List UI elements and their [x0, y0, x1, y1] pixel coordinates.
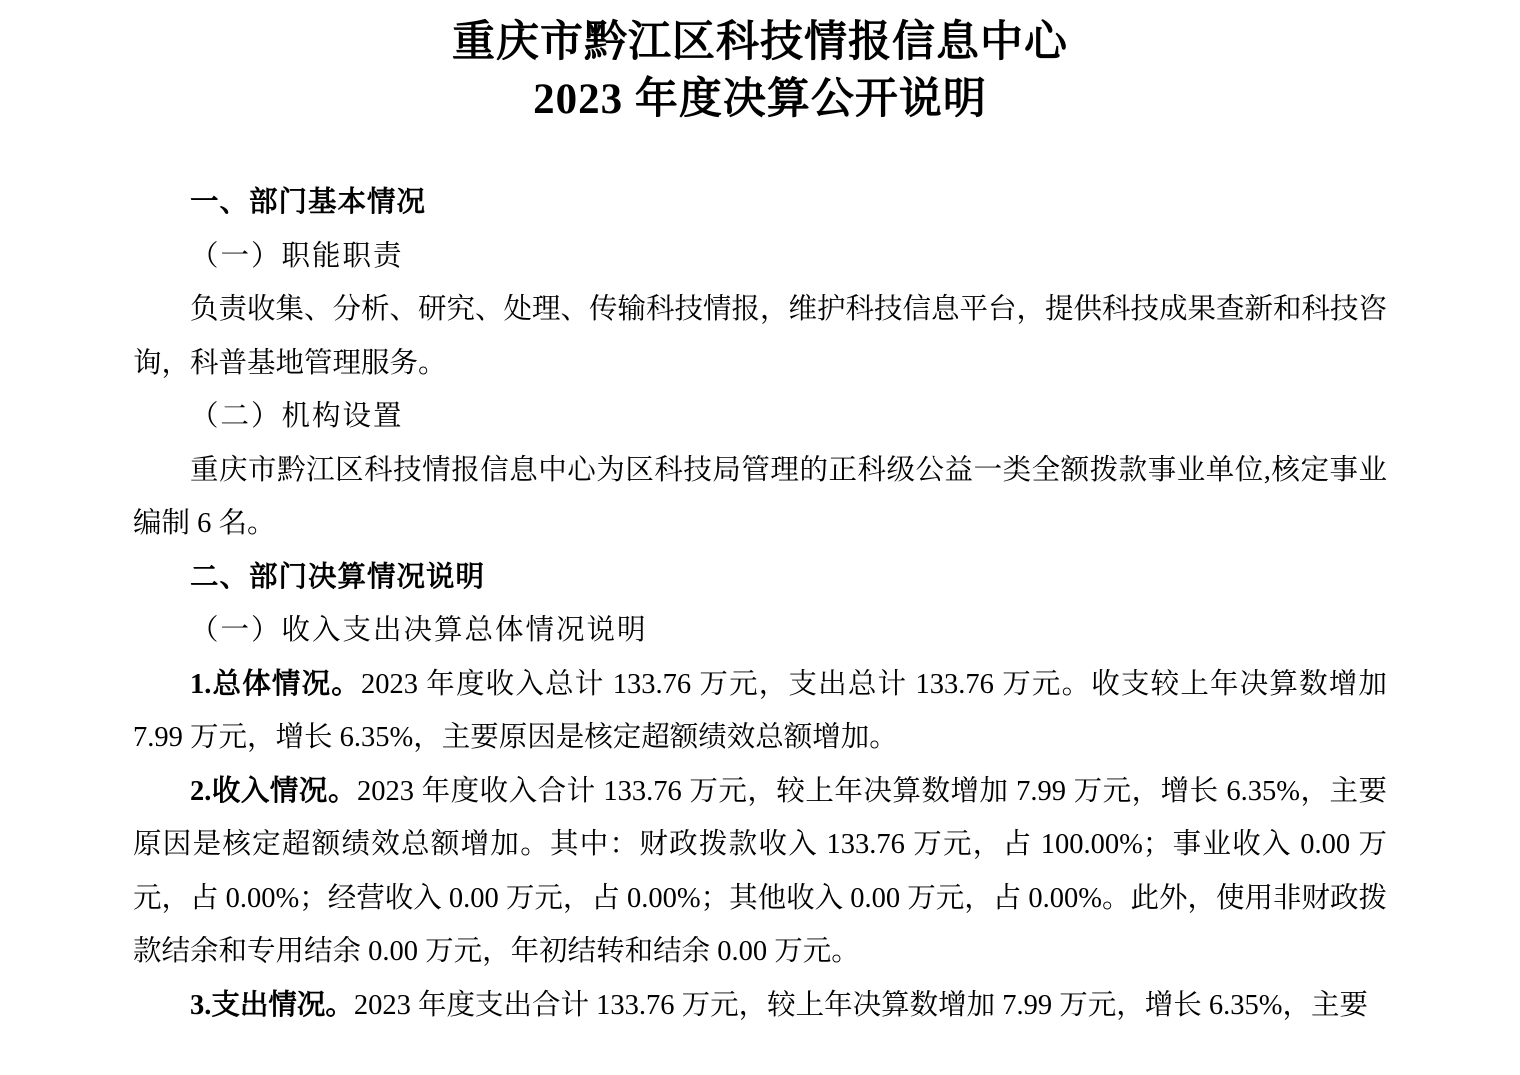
section-1-sub-1-heading: （一）职能职责	[133, 230, 1387, 284]
section-1-sub-2-heading: （二）机构设置	[133, 390, 1387, 444]
paragraph-income-situation: 2.收入情况。2023 年度收入合计 133.76 万元，较上年决算数增加 7.…	[133, 765, 1387, 979]
paragraph-expenditure-situation-lead: 3.支出情况。	[190, 990, 354, 1021]
document-page: 重庆市黔江区科技情报信息中心 2023 年度决算公开说明 一、部门基本情况 （一…	[0, 0, 1520, 1075]
paragraph-overall-situation-lead: 1.总体情况。	[190, 669, 361, 700]
section-1-heading: 一、部门基本情况	[133, 176, 1387, 230]
title-line-1: 重庆市黔江区科技情报信息中心	[133, 14, 1387, 71]
paragraph-income-situation-lead: 2.收入情况。	[190, 776, 357, 807]
document-body: 一、部门基本情况 （一）职能职责 负责收集、分析、研究、处理、传输科技情报，维护…	[133, 176, 1387, 1032]
paragraph-overall-situation: 1.总体情况。2023 年度收入总计 133.76 万元，支出总计 133.76…	[133, 658, 1387, 765]
paragraph-organization: 重庆市黔江区科技情报信息中心为区科技局管理的正科级公益一类全额拨款事业单位,核定…	[133, 444, 1387, 551]
paragraph-expenditure-situation: 3.支出情况。2023 年度支出合计 133.76 万元，较上年决算数增加 7.…	[133, 979, 1387, 1033]
section-2-sub-1-heading: （一）收入支出决算总体情况说明	[133, 604, 1387, 658]
document-title: 重庆市黔江区科技情报信息中心 2023 年度决算公开说明	[133, 14, 1387, 128]
paragraph-expenditure-situation-text: 2023 年度支出合计 133.76 万元，较上年决算数增加 7.99 万元，增…	[354, 990, 1368, 1021]
paragraph-duties: 负责收集、分析、研究、处理、传输科技情报，维护科技信息平台，提供科技成果查新和科…	[133, 283, 1387, 390]
section-2-heading: 二、部门决算情况说明	[133, 551, 1387, 605]
title-line-2: 2023 年度决算公开说明	[133, 71, 1387, 128]
